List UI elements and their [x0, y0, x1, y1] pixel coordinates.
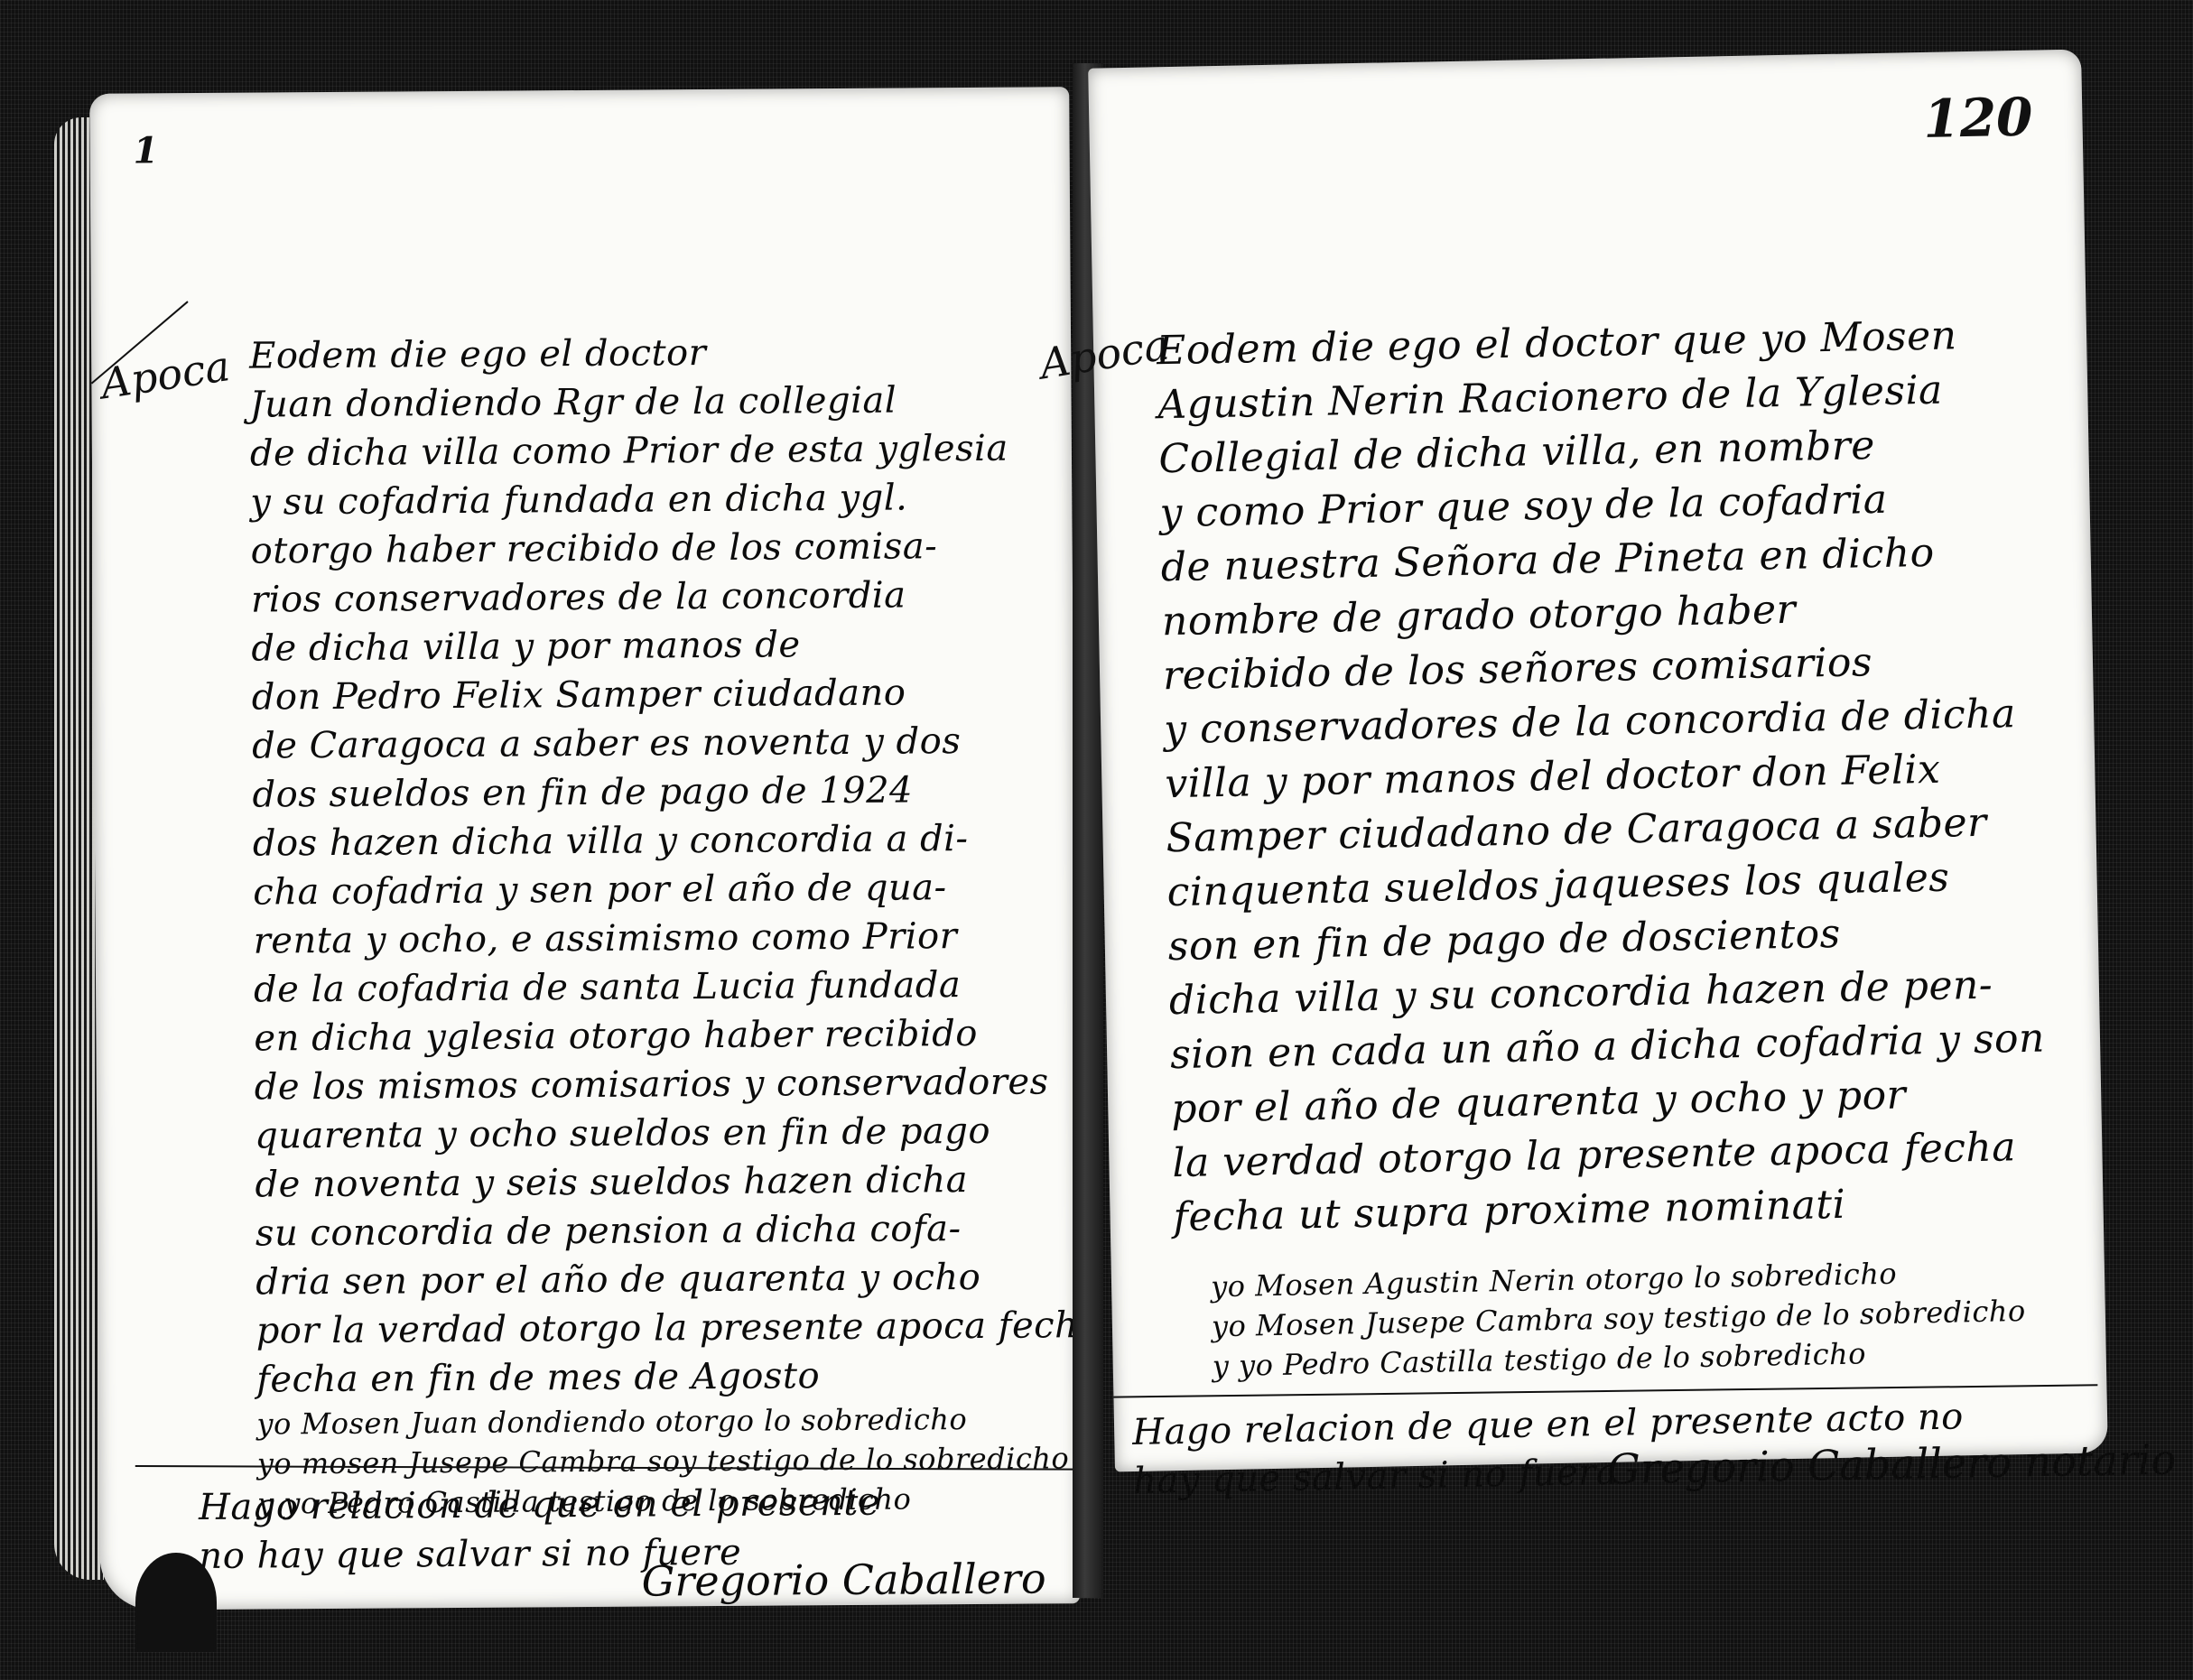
left-folio-number: 1: [133, 129, 158, 172]
text-line: de dicha villa y por manos de: [251, 618, 1064, 673]
left-notary-signature: Gregorio Caballero: [641, 1554, 1045, 1605]
text-line: en dicha yglesia otorgo haber recibido: [254, 1008, 1066, 1063]
text-line: su concordia de pension a dicha cofa-: [256, 1203, 1068, 1258]
right-page: 120 Apoca Eodem die ego el doctor que yo…: [1088, 50, 2108, 1472]
left-page: 1 Apoca Eodem die ego el doctor Juan don…: [89, 87, 1080, 1610]
text-line: rios conservadores de la concordia: [251, 570, 1064, 624]
witness-line: yo mosen Jusepe Cambra soy testigo de lo…: [257, 1438, 1070, 1483]
left-margin-note: Apoca: [98, 341, 233, 408]
text-line: fecha en fin de mes de Agosto: [256, 1350, 1069, 1404]
text-line: por la verdad otorgo la presente apoca f…: [256, 1301, 1069, 1355]
right-witness-block: yo Mosen Agustin Nerin otorgo lo sobredi…: [1211, 1250, 2097, 1387]
text-line: quarenta y ocho sueldos en fin de pago: [255, 1106, 1067, 1160]
text-line: dria sen por el año de quarenta y ocho: [256, 1252, 1068, 1306]
witness-line: yo Mosen Juan dondiendo otorgo lo sobred…: [256, 1398, 1069, 1443]
page-stain: [135, 1553, 217, 1652]
text-line: otorgo haber recibido de los comisa-: [251, 521, 1064, 575]
text-line: cha cofadria y sen por el año de qua-: [253, 862, 1065, 916]
text-line: dos sueldos en fin de pago de 1924: [252, 765, 1064, 819]
left-body-text: Eodem die ego el doctor Juan dondiendo R…: [249, 326, 1070, 1523]
text-line: de la cofadria de santa Lucia fundada: [254, 960, 1066, 1014]
text-line: de dicha villa como Prior de esta yglesi…: [250, 423, 1063, 478]
right-body-text: Eodem die ego el doctor que yo Mosen Agu…: [1157, 307, 2086, 1245]
right-folio-number: 120: [1923, 87, 2033, 150]
text-line: don Pedro Felix Samper ciudadano: [252, 667, 1064, 721]
text-line: dos hazen dicha villa y concordia a di-: [253, 813, 1065, 868]
right-notary-signature: Gregorio Caballero notario: [1607, 1435, 2177, 1494]
text-line: de Caragoca a saber es noventa y dos: [252, 716, 1064, 770]
text-line: Juan dondiendo Rgr de la collegial: [249, 375, 1062, 429]
relation-line: Hago relacion de que en el presente: [199, 1477, 1056, 1532]
text-line: y su cofadria fundada en dicha ygl.: [250, 472, 1063, 526]
text-line: renta y ocho, e assimismo como Prior: [254, 911, 1066, 965]
text-line: de los mismos comisarios y conservadores: [255, 1057, 1067, 1111]
text-line: Eodem die ego el doctor: [249, 326, 1062, 380]
text-line: de noventa y seis sueldos hazen dicha: [255, 1155, 1067, 1209]
